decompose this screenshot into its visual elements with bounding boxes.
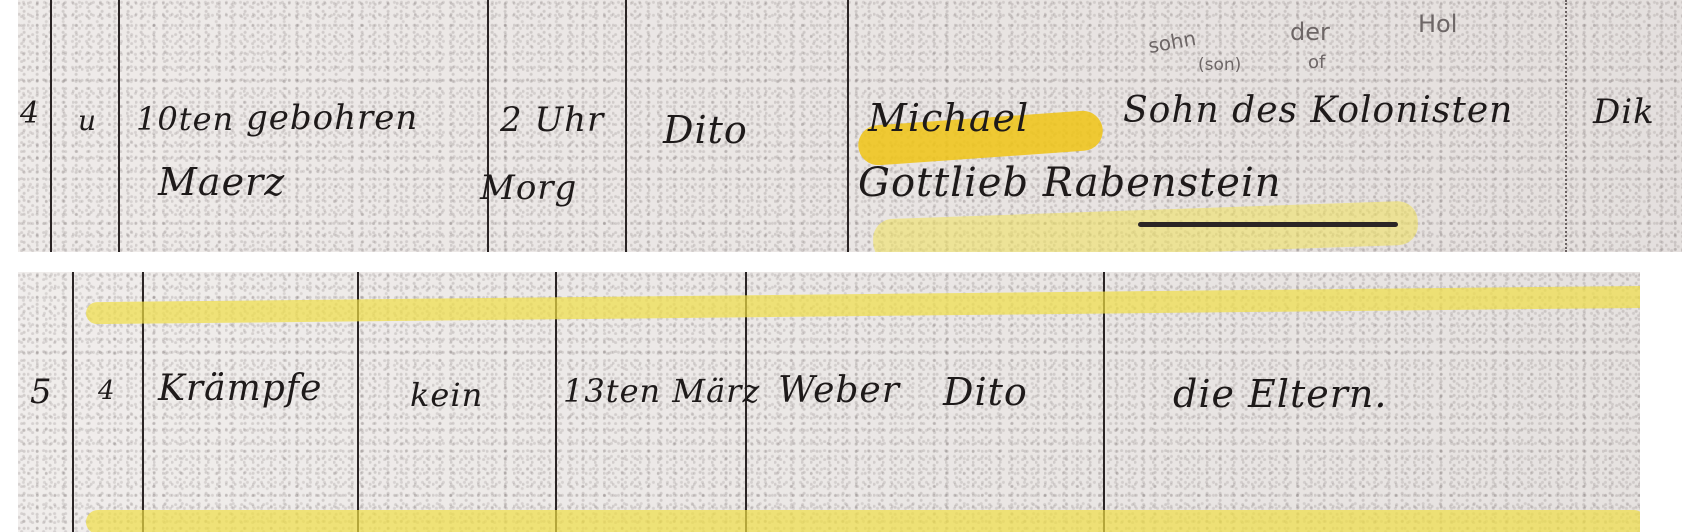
entry-date: 13ten März [563, 372, 760, 410]
annotation-der: der [1290, 18, 1330, 46]
entry-number: 5 [30, 372, 53, 412]
column-rule [487, 0, 489, 252]
highlight-bottom [86, 510, 1640, 532]
column-rule [118, 0, 120, 252]
entry-name-line1: Michael [868, 96, 1029, 140]
column-rule [625, 0, 627, 252]
entry-birth: gebohren [246, 98, 418, 138]
annotation-sohn: sohn [1146, 26, 1197, 58]
annotation-son: (son) [1198, 55, 1241, 75]
entry-time-morning: Morg [480, 168, 577, 208]
entry-number: 4 [20, 96, 40, 131]
column-rule-faint [1565, 0, 1567, 252]
entry-trailing: Dik [1593, 92, 1655, 132]
entry-name-line2: Gottlieb Rabenstein [858, 160, 1282, 206]
entry-cause: Krämpfe [158, 368, 322, 409]
column-rule [847, 0, 849, 252]
register-strip-bottom: 5 4 Krämpfe kein 13ten März Weber Dito d… [18, 272, 1640, 532]
column-rule [72, 272, 74, 532]
entry-parents: die Eltern. [1173, 372, 1387, 416]
entry-person: Weber [778, 370, 900, 411]
annotation-hol: Hol [1418, 10, 1457, 38]
entry-status: Dito [943, 370, 1028, 414]
highlight-top [86, 286, 1640, 324]
column-rule [50, 0, 52, 252]
entry-day: u [78, 104, 97, 137]
entry-status: Dito [663, 108, 748, 152]
entry-age: kein [410, 376, 483, 414]
entry-date: 10ten [136, 100, 234, 138]
entry-parent: Sohn des Kolonisten [1123, 90, 1513, 131]
entry-day: 4 [98, 376, 116, 406]
annotation-of: of [1308, 52, 1325, 73]
entry-month: Maerz [158, 160, 285, 204]
ink-underline [1138, 222, 1398, 227]
entry-time: 2 Uhr [500, 100, 604, 140]
register-strip-top: sohn (son) der of Hol 4 u 10ten gebohren… [18, 0, 1682, 252]
